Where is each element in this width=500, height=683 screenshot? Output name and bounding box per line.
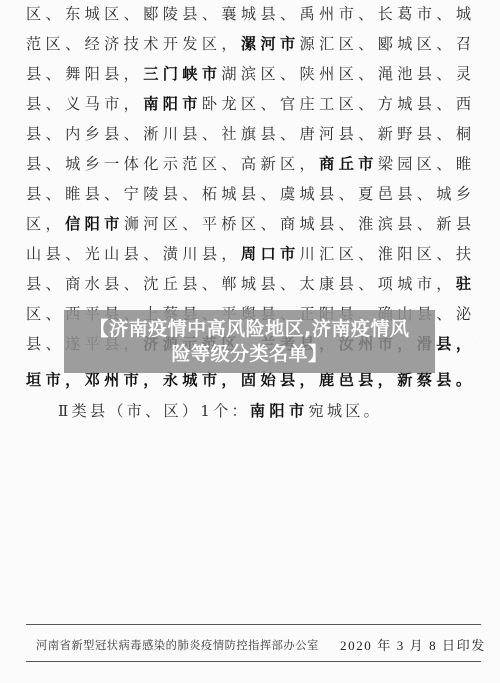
footer-top-rule bbox=[26, 624, 481, 625]
city-name-bold: 信阳市 bbox=[65, 215, 124, 233]
document-line: 垣市，邓州市，永城市，固始县，鹿邑县，新蔡县。 bbox=[26, 370, 476, 390]
line-text: Ⅱ类县（市、区）1个： bbox=[58, 402, 250, 420]
line-text: 县、舞阳县， bbox=[26, 65, 143, 83]
document-page: 区、东城区、郾陵县、襄城县、禹州市、长葛市、城乡一体化示范区、经济技术开发区，漯… bbox=[0, 0, 500, 683]
footer-date: 2020 年 3 月 8 日印发 bbox=[340, 635, 486, 654]
city-name-bold: 周口市 bbox=[241, 245, 300, 263]
line-text: 县、商水县、沈丘县、郸城县、太康县、项城市， bbox=[26, 275, 456, 293]
city-name-bold: 南阳市 bbox=[143, 95, 202, 113]
city-name-bold: 垣市，邓州市，永城市，固始县，鹿邑县，新蔡县。 bbox=[26, 371, 475, 389]
document-line: 区，信阳市浉河区、平桥区、商城县、淮滨县、新县、息县、罗 bbox=[26, 214, 476, 234]
document-line: 区、东城区、郾陵县、襄城县、禹州市、长葛市、城乡一体化示 bbox=[26, 4, 476, 24]
document-line: 县、睢县、宁陵县、柘城县、虞城县、夏邑县、城乡一体化示范 bbox=[26, 184, 476, 204]
city-name-bold: 商丘市 bbox=[319, 155, 378, 173]
line-text: 山县、光山县、潢川县， bbox=[26, 245, 241, 263]
document-line: 县、义马市，南阳市卧龙区、官庄工区、方城县、西峡县、镇平 bbox=[26, 94, 476, 114]
line-text: 梁园区、睢阳区、民权 bbox=[378, 155, 476, 173]
city-name-bold: 漯河市 bbox=[241, 35, 300, 53]
line-text: 卧龙区、官庄工区、方城县、西峡县、镇平 bbox=[202, 95, 476, 113]
line-text: 源汇区、郾城区、召陵区、临颍 bbox=[300, 35, 476, 53]
line-text: 湖滨区、陕州区、渑池县、灵宝市、卢氏 bbox=[221, 65, 476, 83]
document-line: 县、城乡一体化示范区、高新区，商丘市梁园区、睢阳区、民权 bbox=[26, 154, 476, 174]
line-text: 县、内乡县、淅川县、社旗县、唐河县、新野县、桐柏县、南召 bbox=[26, 125, 476, 143]
line-text: 范区、经济技术开发区， bbox=[26, 35, 241, 53]
line-text: 县、义马市， bbox=[26, 95, 143, 113]
line-text: 区， bbox=[26, 215, 65, 233]
title-overlay-banner: 【济南疫情中高风险地区,济南疫情风 险等级分类名单】 bbox=[64, 310, 435, 373]
footer-issuer: 河南省新型冠状病毒感染的肺炎疫情防控指挥部办公室 bbox=[36, 637, 319, 653]
line-text: 区、东城区、郾陵县、襄城县、禹州市、长葛市、城乡一体化示 bbox=[26, 5, 476, 23]
city-name-bold: 三门峡市 bbox=[143, 65, 221, 83]
document-line: 范区、经济技术开发区，漯河市源汇区、郾城区、召陵区、临颍 bbox=[26, 34, 476, 54]
footer-bottom-rule bbox=[26, 661, 481, 662]
line-text: 县、睢县、宁陵县、柘城县、虞城县、夏邑县、城乡一体化示范 bbox=[26, 185, 476, 203]
overlay-title-line-2: 险等级分类名单】 bbox=[171, 342, 327, 367]
line-text: 浉河区、平桥区、商城县、淮滨县、新县、息县、罗 bbox=[124, 215, 476, 233]
document-line: Ⅱ类县（市、区）1个：南阳市宛城区。 bbox=[58, 401, 500, 421]
document-line: 山县、光山县、潢川县，周口市川汇区、淮阳区、扶沟县、西华 bbox=[26, 244, 476, 264]
city-name-bold: 驻马店市 bbox=[456, 275, 476, 293]
city-name-bold: 南阳市 bbox=[250, 402, 309, 420]
line-text: 县、城乡一体化示范区、高新区， bbox=[26, 155, 319, 173]
line-text: 川汇区、淮阳区、扶沟县、西华 bbox=[300, 245, 476, 263]
overlay-title-line-1: 【济南疫情中高风险地区,济南疫情风 bbox=[90, 317, 410, 342]
line-text: 宛城区。 bbox=[309, 402, 383, 420]
document-line: 县、商水县、沈丘县、郸城县、太康县、项城市，驻马店市驿城 bbox=[26, 274, 476, 294]
document-line: 县、舞阳县，三门峡市湖滨区、陕州区、渑池县、灵宝市、卢氏 bbox=[26, 64, 476, 84]
document-line: 县、内乡县、淅川县、社旗县、唐河县、新野县、桐柏县、南召 bbox=[26, 124, 476, 144]
